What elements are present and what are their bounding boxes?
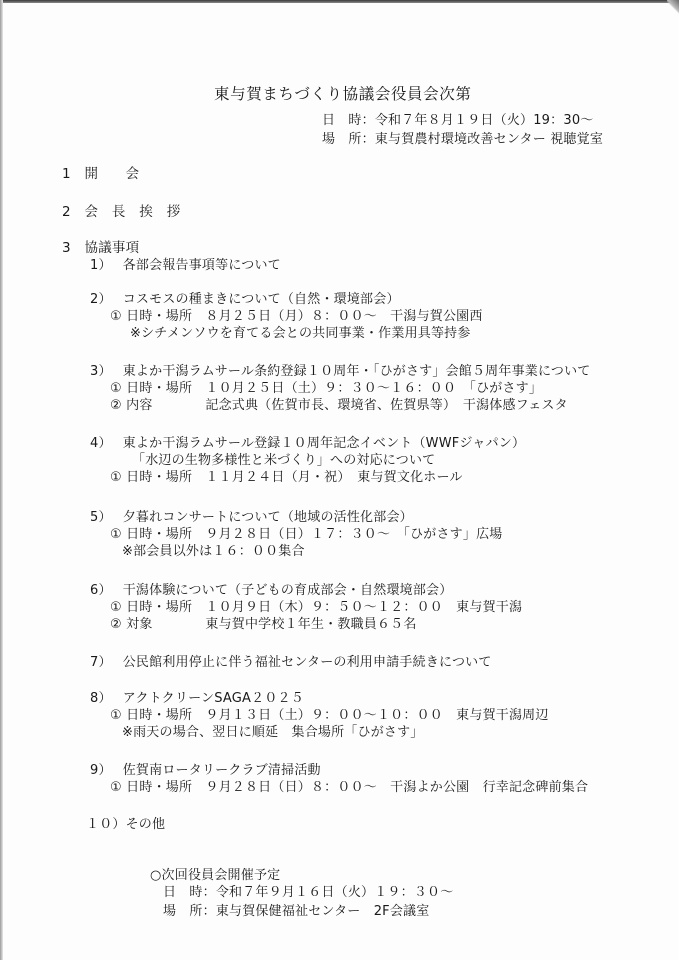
meeting-place-label: 場 所 [322, 132, 362, 147]
agenda-detail: ① 日時・場所 ９月１３日（土）９：００～１０：００ 東与賀干潟周辺 [110, 708, 549, 724]
scan-edge-top [0, 0, 679, 3]
section-label: 開 会 [85, 166, 140, 182]
document-title: 東与賀まちづくり協議会役員会次第 [214, 86, 471, 102]
next-meeting-place: 場 所：東与賀保健福祉センター 2F会議室 [163, 904, 429, 920]
agenda-title: その他 [126, 817, 166, 832]
agenda-number: 1） [90, 258, 105, 273]
agenda-item-9: 9） 佐賀南ロータリークラブ清掃活動 [90, 763, 321, 779]
agenda-title: 東よか干潟ラムサール条約登録１０周年・「ひがさす」会館５周年事業について [123, 364, 591, 379]
section-3: 3 協議事項 [62, 240, 139, 256]
section-2: 2 会 長 挨 拶 [62, 204, 180, 220]
agenda-detail: ① 日時・場所 ９月２８日（日）８：００～ 干潟よか公園 行幸記念碑前集合 [110, 780, 588, 796]
section-number: 1 [62, 166, 71, 182]
agenda-item-5: 5） 夕暮れコンサートについて（地域の活性化部会） [90, 510, 413, 526]
section-1: 1 開 会 [62, 166, 139, 182]
agenda-number: 8） [90, 691, 105, 706]
agenda-title: 干潟体験について（子どもの育成部会・自然環境部会） [123, 583, 453, 598]
agenda-number: 5） [90, 510, 105, 525]
meeting-datetime-label: 日 時 [322, 113, 362, 128]
agenda-number: 4） [90, 436, 105, 451]
agenda-number: 7） [90, 655, 105, 670]
next-meeting-heading: ○次回役員会開催予定 [150, 868, 280, 884]
section-label: 協議事項 [85, 240, 140, 256]
agenda-number: 2） [90, 292, 105, 307]
agenda-item-10: １０）その他 [86, 817, 165, 833]
agenda-note: ※雨天の場合、翌日に順延 集合場所「ひがさす」 [122, 725, 424, 741]
scan-edge-corner [667, 0, 679, 14]
agenda-note: ※シチメンソウを育てる会との共同事業・作業用具等持参 [130, 326, 471, 342]
agenda-item-3: 3） 東よか干潟ラムサール条約登録１０周年・「ひがさす」会館５周年事業について [90, 364, 591, 380]
agenda-detail: ① 日時・場所 １０月２５日（土）９：３０～１６：００ 「ひがさす」 [110, 381, 542, 397]
agenda-detail: ① 日時・場所 １０月９日（木）９：５０～１２：００ 東与賀干潟 [110, 600, 522, 616]
section-label: 会 長 挨 拶 [85, 204, 181, 220]
agenda-title: 公民館利用停止に伴う福祉センターの利用申請手続きについて [123, 655, 492, 670]
agenda-title: 夕暮れコンサートについて（地域の活性化部会） [123, 510, 413, 525]
agenda-detail: ② 対象 東与賀中学校１年生・教職員６５名 [110, 617, 417, 633]
section-number: 3 [62, 240, 71, 256]
agenda-detail: ① 日時・場所 ８月２５日（月）８：００～ 干潟与賀公園西 [110, 309, 483, 325]
agenda-subtitle: 「水辺の生物多様性と米づくり」への対応について [132, 453, 435, 469]
agenda-detail: ② 内容 記念式典（佐賀市長、環境省、佐賀県等） 干潟体感フェスタ [110, 398, 568, 414]
agenda-item-6: 6） 干潟体験について（子どもの育成部会・自然環境部会） [90, 583, 452, 599]
agenda-note: ※部会員以外は１６：００集合 [122, 544, 305, 560]
next-meeting-datetime-label: 日 時 [163, 885, 203, 900]
agenda-title: コスモスの種まきについて（自然・環境部会） [123, 292, 400, 307]
agenda-number: 6） [90, 583, 105, 598]
next-meeting-place-value: 東与賀保健福祉センター 2F会議室 [216, 904, 430, 919]
agenda-title: アクトクリーンSAGA２０２５ [123, 691, 304, 706]
meeting-place: 場 所：東与賀農村環境改善センター 視聴覚室 [322, 132, 603, 148]
agenda-detail: ① 日時・場所 １１月２４日（月・祝） 東与賀文化ホール [110, 470, 463, 486]
scan-edge-left [0, 0, 3, 960]
agenda-number: １０） [86, 817, 126, 832]
agenda-item-1: 1） 各部会報告事項等について [90, 258, 281, 274]
agenda-number: 9） [90, 763, 105, 778]
next-meeting-place-label: 場 所 [163, 904, 203, 919]
scanned-document-page: 東与賀まちづくり協議会役員会次第 日 時：令和７年８月１９日（火）19：30～ … [0, 0, 679, 960]
agenda-item-2: 2） コスモスの種まきについて（自然・環境部会） [90, 292, 400, 308]
agenda-detail: ① 日時・場所 ９月２８日（日）１７：３０～ 「ひがさす」広場 [110, 527, 503, 543]
agenda-item-7: 7） 公民館利用停止に伴う福祉センターの利用申請手続きについて [90, 655, 492, 671]
agenda-item-8: 8） アクトクリーンSAGA２０２５ [90, 691, 304, 707]
meeting-place-value: 東与賀農村環境改善センター 視聴覚室 [375, 132, 603, 147]
next-meeting-datetime-value: 令和７年９月１６日（火）１９：３０～ [216, 885, 454, 900]
agenda-item-4: 4） 東よか干潟ラムサール登録１０周年記念イベント（WWFジャパン） [90, 436, 525, 452]
agenda-number: 3） [90, 364, 105, 379]
section-number: 2 [62, 204, 71, 220]
meeting-datetime-value: 令和７年８月１９日（火）19：30～ [375, 113, 594, 128]
agenda-title: 佐賀南ロータリークラブ清掃活動 [123, 763, 321, 778]
meeting-datetime: 日 時：令和７年８月１９日（火）19：30～ [322, 113, 594, 129]
agenda-title: 各部会報告事項等について [123, 258, 281, 273]
agenda-title: 東よか干潟ラムサール登録１０周年記念イベント（WWFジャパン） [123, 436, 525, 451]
next-meeting-datetime: 日 時：令和７年９月１６日（火）１９：３０～ [163, 885, 453, 901]
